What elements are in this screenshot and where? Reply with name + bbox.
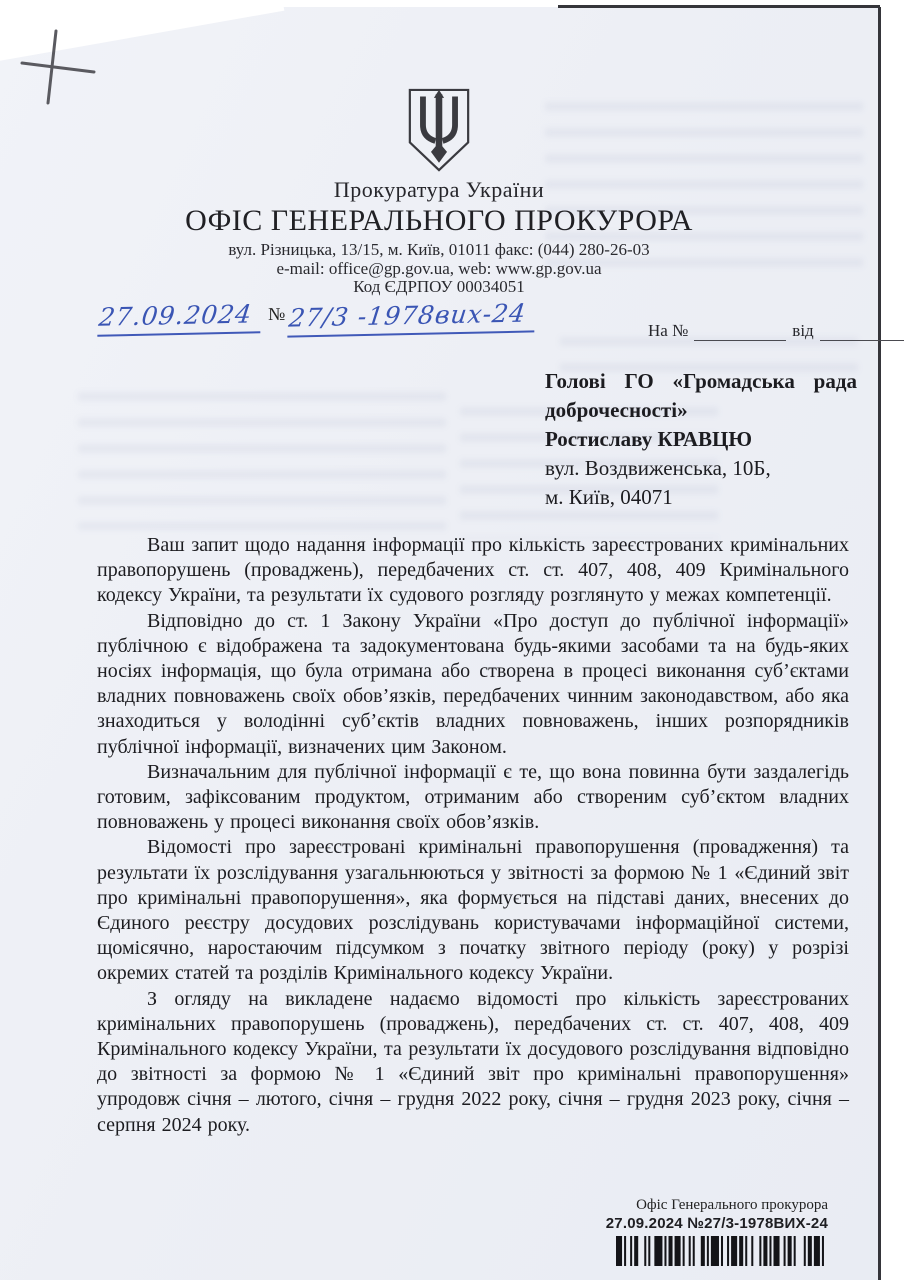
addressee-block: Голові ГО «Громадська рада доброчесності…: [545, 367, 857, 512]
scanned-paper-sheet: Прокуратура України ОФІС ГЕНЕРАЛЬНОГО ПР…: [0, 7, 881, 1280]
paragraph-4: Відомості про зареєстровані кримінальні …: [97, 835, 849, 986]
bleed-through-artifact: [78, 392, 446, 530]
paragraph-3: Визначальним для публічної інформації є …: [97, 760, 849, 836]
org-name-main: ОФІС ГЕНЕРАЛЬНОГО ПРОКУРОРА: [0, 204, 878, 238]
handwritten-outgoing-number: 27/3 -1978вих-24: [287, 298, 535, 337]
paragraph-5: З огляду на викладене надаємо відомості …: [97, 987, 849, 1138]
incoming-number-blank: [694, 326, 786, 341]
ukraine-trident-shield-emblem-icon: [402, 87, 476, 173]
registration-stamp: Офіс Генерального прокурора 27.09.2024 №…: [606, 1197, 828, 1271]
paragraph-2: Відповідно до ст. 1 Закону України «Про …: [97, 609, 849, 760]
addressee-name: Ростиславу КРАВЦЮ: [545, 425, 857, 454]
addressee-title-line2: доброчесності»: [545, 396, 857, 425]
scan-page-edge: [558, 5, 880, 8]
stamp-org-line: Офіс Генерального прокурора: [606, 1197, 828, 1214]
paragraph-1: Ваш запит щодо надання інформації про кі…: [97, 533, 849, 609]
registration-barcode-icon: [616, 1236, 828, 1266]
number-sign: №: [268, 304, 285, 324]
addressee-city: м. Київ, 04071: [545, 483, 857, 512]
handwritten-date: 27.09.2024: [97, 299, 261, 336]
org-contact-line: e-mail: office@gp.gov.ua, web: www.gp.go…: [0, 260, 878, 279]
scanned-letter-page: { "letterhead": { "emblem_icon": "ukrain…: [0, 0, 904, 1280]
incoming-reference-line: На №від: [648, 321, 904, 341]
incoming-label: На №: [648, 321, 688, 340]
addressee-title-line1: Голові ГО «Громадська рада: [545, 367, 857, 396]
incoming-date-blank: [820, 326, 904, 341]
reference-row: 27.09.2024 № 27/3 -1978вих-24 На №від: [97, 301, 857, 347]
org-address-line: вул. Різницька, 13/15, м. Київ, 01011 фа…: [0, 241, 878, 260]
addressee-street: вул. Воздвиженська, 10Б,: [545, 454, 857, 483]
letter-body: Ваш запит щодо надання інформації про кі…: [97, 533, 849, 1138]
org-edrpou-line: Код ЄДРПОУ 00034051: [0, 278, 878, 297]
letterhead: Прокуратура України ОФІС ГЕНЕРАЛЬНОГО ПР…: [0, 87, 878, 297]
org-name-small: Прокуратура України: [0, 177, 878, 203]
from-label: від: [792, 321, 813, 340]
stamp-number-line: 27.09.2024 №27/3-1978ВИХ-24: [606, 1215, 828, 1232]
